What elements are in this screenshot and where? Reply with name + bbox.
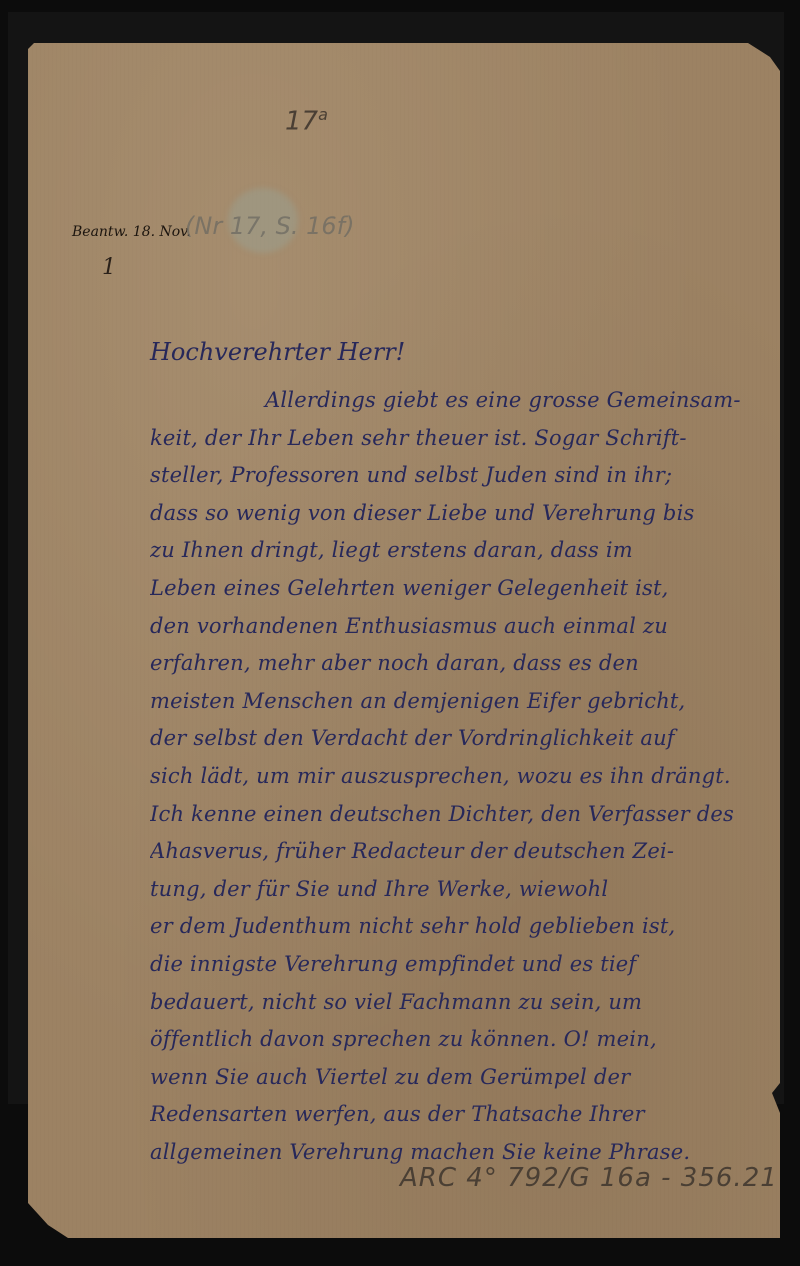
letter-line: keit, der Ihr Leben sehr theuer ist. Sog… [150,420,780,458]
letter-line: sich lädt, um mir auszusprechen, wozu es… [150,758,780,796]
letter-line: erfahren, mehr aber noch daran, dass es … [150,645,780,683]
letter-line: Ich kenne einen deutschen Dichter, den V… [150,796,780,834]
page-number: 1 [102,255,116,280]
letter-line: bedauert, nicht so viel Fachmann zu sein… [150,984,780,1022]
letter-line: Allerdings giebt es eine grosse Gemeinsa… [150,382,780,420]
letter-line: zu Ihnen dringt, liegt erstens daran, da… [150,532,780,570]
letter-line: die innigste Verehrung empfindet und es … [150,946,780,984]
folio-number: 17a [285,105,328,137]
receipt-note: Beantw. 18. Nov. [72,224,191,240]
letter-line: Leben eines Gelehrten weniger Gelegenhei… [150,570,780,608]
letter-line: tung, der für Sie und Ihre Werke, wiewoh… [150,871,780,909]
letter-line: wenn Sie auch Viertel zu dem Gerümpel de… [150,1059,780,1097]
letter-line: meisten Menschen an demjenigen Eifer geb… [150,683,780,721]
archive-signature: ARC 4° 792/G 16a - 356.21 [400,1163,778,1193]
letter-line: steller, Professoren und selbst Juden si… [150,457,780,495]
reference-note: (Nr 17, S. 16f) [185,212,354,240]
letter-line: Redensarten werfen, aus der Thatsache Ih… [150,1096,780,1134]
letter-line: der selbst den Verdacht der Vordringlich… [150,720,780,758]
letter-body: Hochverehrter Herr! Allerdings giebt es … [150,332,780,1171]
letter-line: den vorhandenen Enthusiasmus auch einmal… [150,608,780,646]
letter-line: öffentlich davon sprechen zu können. O! … [150,1021,780,1059]
letter-line: er dem Judenthum nicht sehr hold geblieb… [150,908,780,946]
salutation: Hochverehrter Herr! [150,332,780,382]
letter-line: dass so wenig von dieser Liebe und Vereh… [150,495,780,533]
letter-line: Ahasverus, früher Redacteur der deutsche… [150,833,780,871]
